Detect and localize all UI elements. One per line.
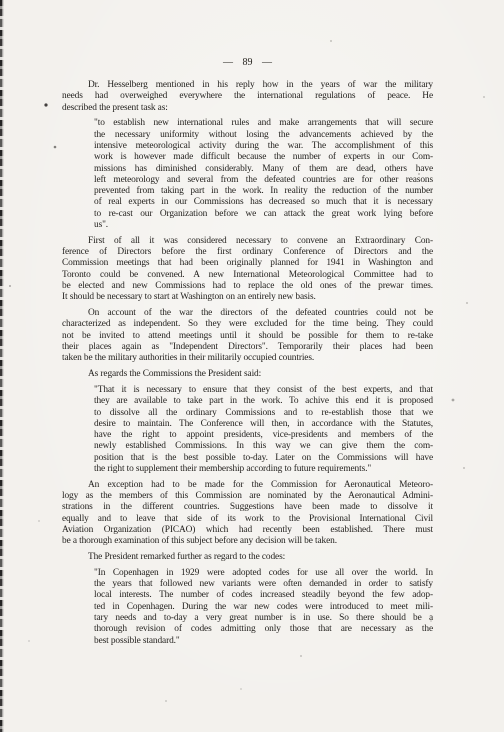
- text-line: described the present task as:: [62, 103, 433, 114]
- text-line: strations in the different countries. Su…: [62, 502, 433, 513]
- quoted-paragraph: "In Copenhagen in 1929 were adopted code…: [94, 568, 433, 647]
- text-line: be a thorough examination of this subjec…: [62, 536, 433, 547]
- paragraph: Dr. Hesselberg mentioned in his reply ho…: [62, 80, 433, 114]
- text-line: characterized as independent. So they we…: [62, 319, 433, 330]
- text-line: It should be necessary to start at Washi…: [62, 292, 433, 303]
- document-page: — 89 — Dr. Hesselberg mentioned in his r…: [0, 0, 504, 732]
- quoted-paragraph: "to establish new international rules an…: [94, 118, 433, 231]
- text-line: Toronto could be convened. A new Interna…: [62, 270, 433, 281]
- text-line: to re-cast our Organization before we ca…: [94, 209, 433, 220]
- paragraph: As regards the Commissions the President…: [62, 369, 433, 380]
- document-content: Dr. Hesselberg mentioned in his reply ho…: [62, 80, 433, 651]
- text-line: equally and to leave that side of its wo…: [62, 514, 433, 525]
- paragraph: The President remarked further as regard…: [62, 552, 433, 563]
- text-line: "to establish new international rules an…: [94, 118, 433, 129]
- text-line: Aviation Organization (PICAO) which had …: [62, 525, 433, 536]
- text-line: the necessary uniformity without losing …: [94, 130, 433, 141]
- text-line: The President remarked further as regard…: [62, 552, 433, 563]
- text-line: First of all it was considered necessary…: [62, 236, 433, 247]
- text-line: An exception had to be made for the Comm…: [62, 480, 433, 491]
- binding-edge: [0, 0, 4, 732]
- text-line: intensive meteorological activity during…: [94, 141, 433, 152]
- text-line: thorough revision of codes admitting onl…: [94, 624, 433, 635]
- text-line: desire to maintain. The Conference will …: [94, 419, 433, 430]
- text-line: the years that followed new variants wer…: [94, 579, 433, 590]
- text-line: newly established Commissions. In this w…: [94, 441, 433, 452]
- paragraph: On account of the war the directors of t…: [62, 308, 433, 364]
- text-line: local interests. The number of codes inc…: [94, 590, 433, 601]
- text-line: be elected and new Commissions had to re…: [62, 281, 433, 292]
- text-line: best possible standard.": [94, 636, 433, 647]
- text-line: of real experts in our Commissions has d…: [94, 197, 433, 208]
- text-line: "That it is necessary to ensure that the…: [94, 385, 433, 396]
- text-line: us".: [94, 220, 433, 231]
- text-line: ference of Directors before the first or…: [62, 247, 433, 258]
- text-line: left meteorology and several from the de…: [94, 175, 433, 186]
- text-line: tary needs and to-day a very great numbe…: [94, 613, 433, 624]
- text-line: logy as the members of this Commission a…: [62, 491, 433, 502]
- text-line: ted in Copenhagen. During the war new co…: [94, 602, 433, 613]
- quoted-paragraph: "That it is necessary to ensure that the…: [94, 385, 433, 475]
- text-line: position that is the best possible to-da…: [94, 453, 433, 464]
- text-line: prevented from taking part in the work. …: [94, 186, 433, 197]
- text-line: Dr. Hesselberg mentioned in his reply ho…: [62, 80, 433, 91]
- text-line: "In Copenhagen in 1929 were adopted code…: [94, 568, 433, 579]
- text-line: Commission meetings that had been origin…: [62, 258, 433, 269]
- paragraph: First of all it was considered necessary…: [62, 236, 433, 304]
- text-line: taken be the military authorities in the…: [62, 353, 433, 364]
- text-line: On account of the war the directors of t…: [62, 308, 433, 319]
- text-line: missions has diminished considerably. Ma…: [94, 164, 433, 175]
- text-line: to dissolve all the ordinary Commissions…: [94, 408, 433, 419]
- text-line: work is however made difficult because t…: [94, 152, 433, 163]
- text-line: needs had overweighed everywhere the int…: [62, 91, 433, 102]
- text-line: have the right to appoint presidents, vi…: [94, 430, 433, 441]
- text-line: As regards the Commissions the President…: [62, 369, 433, 380]
- paragraph: An exception had to be made for the Comm…: [62, 480, 433, 548]
- text-line: the right to supplement their membership…: [94, 464, 433, 475]
- page-number: — 89 —: [62, 57, 433, 68]
- scan-noise: [0, 0, 2, 2]
- text-line: their places again as "Independent Direc…: [62, 342, 433, 353]
- text-line: they are available to take part in the w…: [94, 396, 433, 407]
- text-line: not be invited to attend meetings until …: [62, 331, 433, 342]
